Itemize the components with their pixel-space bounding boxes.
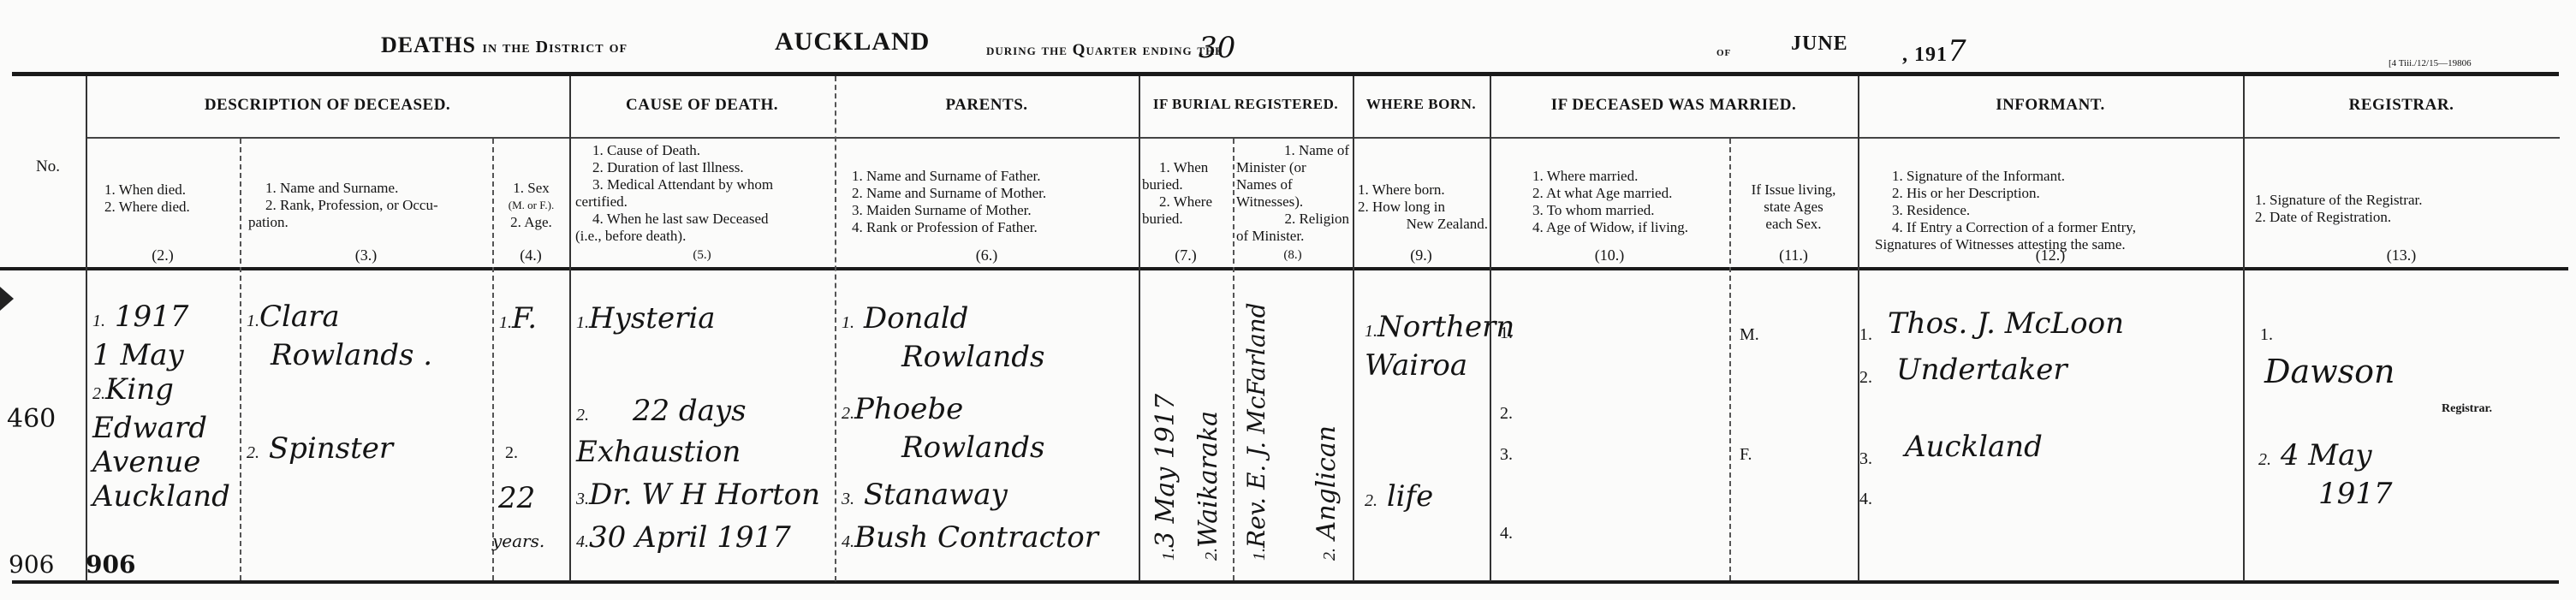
item-label: 1. — [92, 312, 105, 330]
registrar-label-1: 1. — [2260, 325, 2273, 345]
attendant-value: Dr. W H Horton — [589, 478, 820, 512]
item-label: 1. — [1365, 322, 1377, 341]
registrar-signature: Dawson — [2264, 354, 2395, 389]
born-line: Northern — [1377, 310, 1514, 344]
when-buried-value: 3 May 1917 — [1151, 394, 1181, 548]
col7-line: buried. — [1142, 211, 1231, 228]
col2-number: (2.) — [86, 247, 240, 264]
item-label: 1. — [499, 313, 512, 332]
death-place-line: Auckland — [92, 479, 240, 514]
religion-value: Anglican — [1312, 425, 1342, 539]
mother-name: 2.Phoebe Rowlands — [842, 392, 1044, 465]
col4-header: 1. Sex (M. or F.). 2. Age. — [495, 180, 568, 231]
deceased-name: 1.Clara Rowlands . — [247, 300, 432, 372]
col12-header: 1. Signature of the Informant. 2. His or… — [1875, 168, 2239, 253]
year-suffix: 7 — [1948, 34, 1966, 68]
col11-line: If Issue living, — [1731, 181, 1856, 199]
col5-line: 3. Medical Attendant by whom — [575, 176, 832, 193]
death-place-line: Avenue — [92, 445, 240, 479]
col11-number: (11.) — [1729, 247, 1858, 264]
item-label: 1. — [247, 312, 259, 330]
maiden-value: Stanaway — [864, 478, 1008, 512]
col6-line: 1. Name and Surname of Father. — [852, 168, 1134, 185]
col8-line: 2. Religion — [1236, 211, 1349, 228]
col12-number: (12.) — [1858, 247, 2243, 264]
col13-line: 1. Signature of the Registrar. — [2255, 192, 2555, 209]
col6-line: 3. Maiden Surname of Mother. — [852, 202, 1134, 219]
item-label: 2. — [842, 404, 854, 423]
col11-line: state Ages — [1731, 199, 1856, 216]
item-label: 2. — [1320, 548, 1339, 561]
married-label-1: 1. — [1500, 324, 1513, 343]
district-name: AUCKLAND — [775, 27, 930, 56]
group-born: WHERE BORN. — [1353, 96, 1490, 113]
col10-line: 3. To whom married. — [1532, 202, 1728, 219]
death-place-line: Edward — [92, 411, 240, 445]
married-label-4: 4. — [1500, 524, 1513, 544]
age-value: 22 — [498, 481, 535, 515]
quarter-month: JUNE — [1791, 33, 1848, 56]
col8-line: Names of — [1236, 176, 1349, 193]
married-label-2: 2. — [1500, 404, 1513, 424]
sex: F. — [512, 301, 537, 336]
occupation-value: Spinster — [269, 431, 393, 466]
age-label: 2. — [505, 443, 518, 463]
where-buried-value: Waikaraka — [1193, 411, 1223, 548]
first-name: Clara — [259, 300, 340, 334]
quarter-day: 30 — [1199, 31, 1235, 65]
year-prefix: , 191 — [1902, 44, 1948, 66]
death-place-line: King — [105, 372, 174, 407]
col10-header: 1. Where married. 2. At what Age married… — [1532, 168, 1728, 236]
margin-ref-left: 906 — [9, 548, 54, 582]
col2-line: 1. When died. — [104, 181, 190, 199]
col-no-header: No. — [36, 158, 60, 175]
col5-line: certified. — [575, 193, 832, 211]
col-divider — [1233, 139, 1234, 580]
col12-line: 4. If Entry a Correction of a former Ent… — [1875, 219, 2239, 236]
minister-name: 1.Rev. E. J. McFarland — [1240, 302, 1276, 561]
item-label: 1. — [576, 313, 589, 332]
col10-line: 4. Age of Widow, if living. — [1532, 219, 1728, 236]
col3-header: 1. Name and Surname. 2. Rank, Profession… — [248, 180, 488, 231]
col3-line: pation. — [248, 214, 488, 231]
group-description: DESCRIPTION OF DECEASED. — [86, 96, 569, 115]
col-divider — [1139, 76, 1140, 581]
col10-line: 1. Where married. — [1532, 168, 1728, 185]
how-long-value: life — [1387, 479, 1433, 514]
col8-line: Minister (or — [1236, 159, 1349, 176]
col9-header: 1. Where born. 2. How long in New Zealan… — [1358, 181, 1488, 233]
margin-ref-inner: 906 — [86, 548, 135, 582]
when-where-died: 1. 1917 1 May 2.King Edward Avenue Auckl… — [92, 300, 240, 514]
informant-residence: Auckland — [1905, 430, 2043, 464]
col-divider — [835, 76, 836, 581]
mother-surname: Rowlands — [842, 431, 1044, 465]
informant-description: Undertaker — [1896, 353, 2067, 387]
of-label: of — [1716, 45, 1731, 60]
cause-value: Hysteria — [589, 301, 716, 336]
col6-header: 1. Name and Surname of Father. 2. Name a… — [852, 168, 1134, 236]
where-born: 1.Northern Wairoa — [1365, 310, 1514, 383]
informant-label-2: 2. — [1859, 368, 1872, 388]
last-seen-value: 30 April 1917 — [589, 520, 791, 555]
registrar-caption: Registrar. — [2442, 402, 2492, 416]
col6-number: (6.) — [835, 247, 1139, 264]
col10-line: 2. At what Age married. — [1532, 185, 1728, 202]
death-year: 1917 — [115, 300, 189, 334]
col-divider — [569, 76, 571, 581]
duration-value: 22 days — [598, 394, 747, 428]
quarter-label: during the Quarter ending the — [986, 41, 1223, 60]
col5-line: (i.e., before death). — [575, 228, 832, 245]
col9-line: New Zealand. — [1358, 216, 1488, 233]
father-first: Donald — [864, 301, 969, 336]
father-profession: 4.Bush Contractor — [842, 520, 1098, 559]
item-label: 2. — [247, 443, 259, 462]
top-rule — [12, 72, 2559, 76]
col-divider — [492, 139, 494, 580]
death-date: 1 May — [92, 338, 240, 372]
col5-line: 4. When he last saw Deceased — [575, 211, 832, 228]
married-label-3: 3. — [1500, 445, 1513, 465]
group-registrar: REGISTRAR. — [2243, 96, 2560, 115]
col9-line: 1. Where born. — [1358, 181, 1488, 199]
col11-header: If Issue living, state Ages each Sex. — [1731, 181, 1856, 233]
col13-line: 2. Date of Registration. — [2255, 209, 2555, 226]
col10-number: (10.) — [1490, 247, 1729, 264]
col3-line: 2. Rank, Profession, or Occu- — [248, 197, 488, 214]
when-buried: 1.3 May 1917 — [1149, 394, 1186, 561]
col2-line: 2. Where died. — [104, 199, 190, 216]
col12-line: 1. Signature of the Informant. — [1875, 168, 2239, 185]
col9-line: 2. How long in — [1358, 199, 1488, 216]
reg-date-line: 1917 — [2258, 477, 2393, 511]
group-parents: PARENTS. — [835, 96, 1139, 115]
item-label: 2. — [2258, 450, 2271, 469]
minister-religion: 2. Anglican — [1310, 425, 1347, 561]
informant-label-1: 1. — [1859, 325, 1872, 345]
col3-line: 1. Name and Surname. — [248, 180, 488, 197]
group-married: IF DECEASED WAS MARRIED. — [1490, 96, 1858, 115]
issue-male-label: M. — [1740, 325, 1759, 345]
last-seen: 4.30 April 1917 — [576, 520, 791, 559]
col12-line: 3. Residence. — [1875, 202, 2239, 219]
year-field: , 1917 — [1902, 34, 1966, 68]
reg-date-line: 4 May — [2281, 438, 2372, 472]
born-line: Wairoa — [1365, 348, 1514, 383]
col13-header: 1. Signature of the Registrar. 2. Date o… — [2255, 192, 2555, 226]
item-label: 4. — [576, 532, 589, 551]
col5-line: 1. Cause of Death. — [575, 142, 832, 159]
form-code: [4 Tiii./12/15—19806 — [2389, 58, 2472, 68]
item-label: 3. — [842, 490, 854, 508]
illness-duration: 2. 22 days — [576, 394, 747, 432]
deaths-label: DEATHS — [381, 33, 476, 57]
item-label: 4. — [842, 532, 854, 551]
registration-date: 2. 4 May 1917 — [2258, 438, 2393, 511]
informant-label-3: 3. — [1859, 449, 1872, 469]
col11-line: each Sex. — [1731, 216, 1856, 233]
col5-header: 1. Cause of Death. 2. Duration of last I… — [575, 142, 832, 245]
col8-line: of Minister. — [1236, 228, 1349, 245]
col4-line: 2. Age. — [495, 214, 568, 231]
col-divider — [1353, 76, 1354, 581]
col12-line: 2. His or her Description. — [1875, 185, 2239, 202]
issue-female-label: F. — [1740, 445, 1752, 465]
district-of-label: in the District of — [483, 38, 628, 56]
col7-line: buried. — [1142, 176, 1231, 193]
col-divider — [2243, 76, 2245, 581]
group-cause: CAUSE OF DEATH. — [569, 96, 835, 115]
col7-line: 2. Where — [1142, 193, 1231, 211]
father-name: 1. Donald Rowlands — [842, 301, 1044, 374]
col13-number: (13.) — [2243, 247, 2560, 264]
surname: Rowlands . — [247, 338, 432, 372]
informant-label-4: 4. — [1859, 490, 1872, 509]
secondary-cause: Exhaustion — [576, 435, 741, 469]
entry-bottom-rule — [12, 580, 2559, 584]
col-divider — [240, 139, 241, 580]
informant-signature: Thos. J. McLoon — [1888, 306, 2124, 341]
col3-number: (3.) — [240, 247, 492, 264]
mother-first: Phoebe — [854, 392, 963, 426]
row-marker-icon — [0, 287, 14, 311]
group-rule — [86, 137, 2560, 139]
col8-line: Witnesses). — [1236, 193, 1349, 211]
col5-number: (5.) — [569, 248, 835, 263]
col6-line: 2. Name and Surname of Mother. — [852, 185, 1134, 202]
col7-number: (7.) — [1139, 247, 1233, 264]
col-divider — [86, 76, 87, 581]
age-unit: years. — [492, 524, 544, 558]
item-label: 3. — [576, 490, 589, 508]
item-label: 2. — [1365, 491, 1377, 510]
where-buried: 2.Waikaraka — [1192, 411, 1229, 561]
cause-of-death: 1.Hysteria — [576, 301, 716, 340]
father-surname: Rowlands — [842, 340, 1044, 374]
item-label: 1. — [842, 313, 854, 332]
col8-number: (8.) — [1233, 248, 1353, 263]
col4-number: (4.) — [492, 247, 569, 264]
deceased-occupation: 2. Spinster — [247, 431, 393, 470]
item-label: 2. — [576, 406, 589, 425]
medical-attendant: 3.Dr. W H Horton — [576, 478, 820, 516]
col8-line: 1. Name of — [1236, 142, 1349, 159]
col4-line: (M. or F.). — [495, 197, 568, 214]
item-label: 2. — [1202, 548, 1221, 561]
col7-header: 1. When buried. 2. Where buried. — [1142, 159, 1231, 228]
col4-line: 1. Sex — [495, 180, 568, 197]
profession-value: Bush Contractor — [854, 520, 1098, 555]
group-informant: INFORMANT. — [1858, 96, 2243, 115]
entry-number: 460 — [7, 402, 56, 437]
group-burial: IF BURIAL REGISTERED. — [1139, 96, 1353, 113]
col2-header: 1. When died. 2. Where died. — [104, 181, 190, 216]
col8-header: 1. Name of Minister (or Names of Witness… — [1236, 142, 1349, 245]
item-label: 2. — [92, 384, 105, 403]
col7-line: 1. When — [1142, 159, 1231, 176]
sex-value: 1.F. — [499, 301, 537, 340]
col6-line: 4. Rank or Profession of Father. — [852, 219, 1134, 236]
title-deaths: DEATHS in the District of — [381, 33, 628, 58]
minister-value: Rev. E. J. McFarland — [1242, 302, 1270, 548]
how-long-nz: 2. life — [1365, 479, 1433, 518]
item-label: 1. — [1159, 548, 1178, 561]
header-bottom-rule — [0, 267, 2568, 270]
col5-line: 2. Duration of last Illness. — [575, 159, 832, 176]
mother-maiden-name: 3. Stanaway — [842, 478, 1008, 516]
item-label: 1. — [1250, 548, 1269, 561]
col9-number: (9.) — [1353, 247, 1490, 264]
